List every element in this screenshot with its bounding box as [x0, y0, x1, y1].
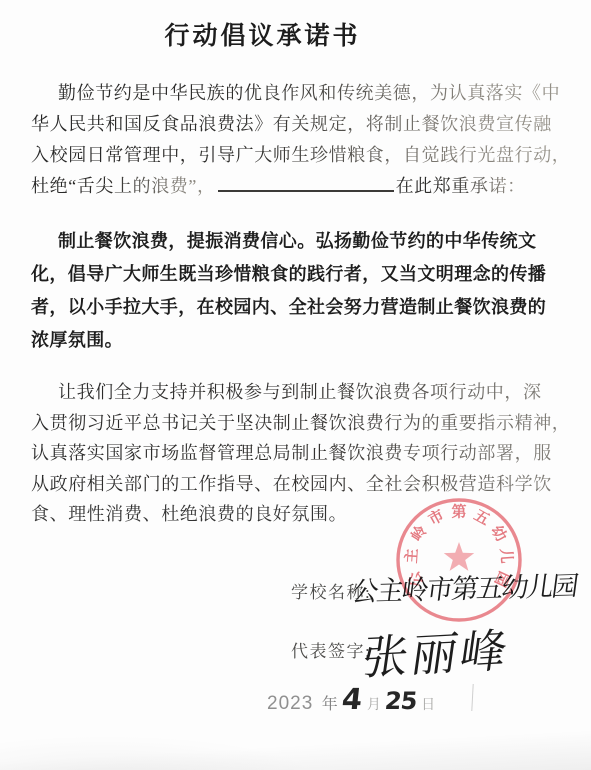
seal-char: 五: [471, 507, 492, 529]
text-line: 化，倡导广大师生既当珍惜粮食的践行者，又当文明理念的传播: [31, 258, 560, 291]
seal-star-icon: [444, 542, 474, 571]
seal-char: 公: [405, 568, 427, 590]
seal-char: 第: [451, 503, 466, 521]
text-line: 浓厚氛围。: [31, 324, 560, 357]
date-line: 2023 年 4 月 25 日: [267, 687, 435, 715]
paragraph-intro: 勤俭节约是中华民族的优良作风和传统美德，为认真落实《中 华人民共和国反食品浪费法…: [31, 78, 560, 202]
blank-line-prefix: 杜绝“舌尖上的浪费”，: [31, 176, 216, 196]
date-year-unit: 年: [322, 696, 338, 713]
text-line: 让我们全力支持并积极参与到制止餐饮浪费各项行动中，深: [31, 377, 560, 408]
text-line: 制止餐饮浪费，提振消费信心。弘扬勤俭节约的中华传统文: [31, 225, 560, 258]
seal-char: 儿: [497, 548, 515, 564]
official-seal-stamp: 公 主 岭 市 第 五 幼 儿 园: [392, 496, 526, 626]
document-body: 勤俭节约是中华民族的优良作风和传统美德，为认真落实《中 华人民共和国反食品浪费法…: [31, 78, 560, 530]
seal-char: 主: [402, 548, 421, 564]
date-day-unit: 日: [421, 696, 435, 712]
text-line: 认真落实国家市场监督管理总局制止餐饮浪费专项行动部署，服: [31, 438, 560, 469]
text-line: 者，以小手拉大手，在校园内、全社会努力营造制止餐饮浪费的: [31, 291, 560, 324]
paper-crease-mark: [471, 684, 473, 711]
text-line: 从政府相关部门的工作指导、在校园内、全社会积极营造科学饮: [31, 469, 560, 500]
commitment-blank-line: 杜绝“舌尖上的浪费”，在此郑重承诺：: [31, 171, 560, 202]
text-line: 勤俭节约是中华民族的优良作风和传统美德，为认真落实《中: [31, 78, 560, 109]
fill-in-blank: [218, 172, 394, 192]
seal-char: 园: [491, 569, 513, 590]
scanned-document-page: 行动倡议承诺书 勤俭节约是中华民族的优良作风和传统美德，为认真落实《中 华人民共…: [0, 0, 591, 770]
representative-signature-label: 代表签字:: [291, 637, 371, 662]
paragraph-pledge-bold: 制止餐饮浪费，提振消费信心。弘扬勤俭节约的中华传统文 化，倡导广大师生既当珍惜粮…: [31, 225, 560, 357]
text-line: 华人民共和国反食品浪费法》有关规定，将制止餐饮浪费宣传融: [31, 109, 560, 140]
text-line: 入校园日常管理中，引导广大师生珍惜粮食，自觉践行光盘行动，: [31, 140, 560, 171]
text-line: 入贯彻习近平总书记关于坚决制止餐饮浪费行为的重要指示精神，: [31, 408, 560, 439]
document-title: 行动倡议承诺书: [0, 0, 558, 52]
date-month-unit: 月: [367, 696, 381, 712]
blank-line-suffix: 在此郑重承诺：: [396, 176, 526, 196]
date-day-handwritten: 25: [384, 687, 418, 715]
date-year: 2023: [267, 693, 313, 714]
